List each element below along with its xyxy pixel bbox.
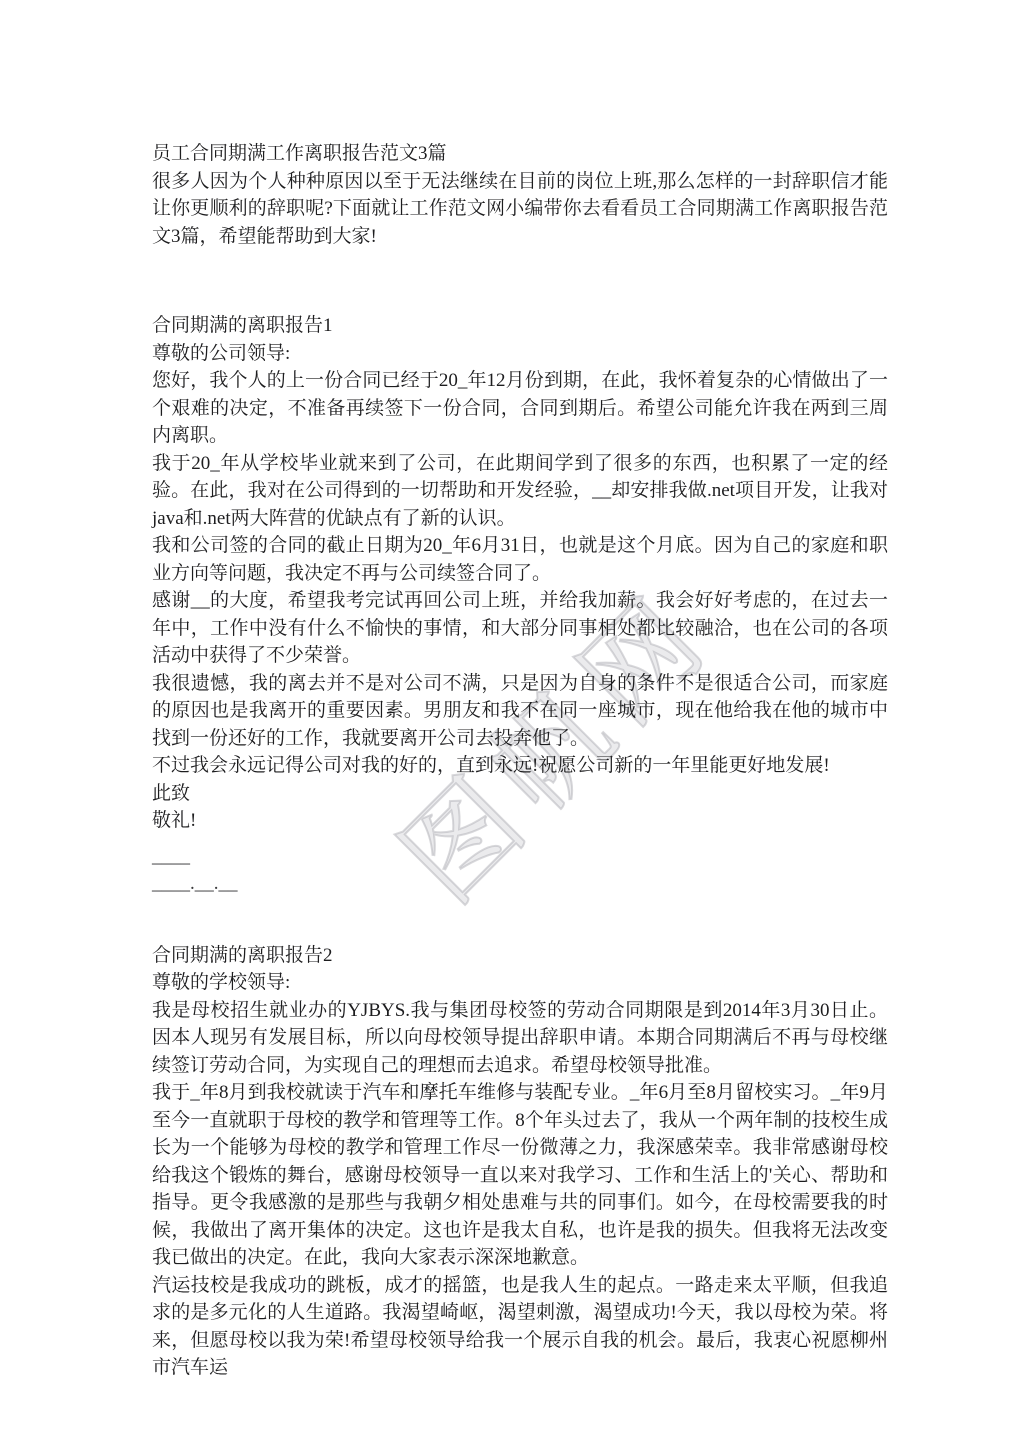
intro-paragraph: 很多人因为个人种种原因以至于无法继续在目前的岗位上班,那么怎样的一封辞职信才能让…: [152, 168, 888, 251]
section-1-heading: 合同期满的离职报告1: [152, 312, 888, 340]
closing-respectfully: 此致: [152, 780, 888, 808]
section-1-paragraph-4: 感谢__的大度，希望我考完试再回公司上班，并给我加薪。我会好好考虑的，在过去一年…: [152, 587, 888, 670]
document-page: 图帆网 员工合同期满工作离职报告范文3篇 很多人因为个人种种原因以至于无法继续在…: [0, 0, 1024, 1448]
section-1-paragraph-5: 我很遗憾，我的离去并不是对公司不满，只是因为自身的条件不是很适合公司，而家庭的原…: [152, 670, 888, 753]
section-gap: [152, 898, 888, 942]
section-1-paragraph-3: 我和公司签的合同的截止日期为20_年6月31日，也就是这个月底。因为自己的家庭和…: [152, 532, 888, 587]
section-1-paragraph-1: 您好，我个人的上一份合同已经于20_年12月份到期，在此，我怀着复杂的心情做出了…: [152, 367, 888, 450]
closing-salute: 敬礼!: [152, 807, 888, 835]
section-2-salutation: 尊敬的学校领导:: [152, 969, 888, 997]
section-1-paragraph-2: 我于20_年从学校毕业就来到了公司，在此期间学到了很多的东西，也积累了一定的经验…: [152, 450, 888, 533]
section-2-paragraph-1: 我是母校招生就业办的YJBYS.我与集团母校签的劳动合同期限是到2014年3月3…: [152, 997, 888, 1080]
document-content: 员工合同期满工作离职报告范文3篇 很多人因为个人种种原因以至于无法继续在目前的岗…: [152, 140, 888, 1382]
section-2-paragraph-2: 我于_年8月到我校就读于汽车和摩托车维修与装配专业。_年6月至8月留校实习。_年…: [152, 1079, 888, 1272]
section-gap: [152, 250, 888, 312]
signature-date-placeholder: ____.__.__: [152, 870, 888, 898]
section-2-heading: 合同期满的离职报告2: [152, 942, 888, 970]
section-1-salutation: 尊敬的公司领导:: [152, 340, 888, 368]
section-2-paragraph-3: 汽运技校是我成功的跳板，成才的摇篮，也是我人生的起点。一路走来太平顺，但我追求的…: [152, 1272, 888, 1382]
signature-name-placeholder: ____: [152, 843, 888, 871]
section-1-paragraph-6: 不过我会永远记得公司对我的好的，直到永远!祝愿公司新的一年里能更好地发展!: [152, 752, 888, 780]
document-title: 员工合同期满工作离职报告范文3篇: [152, 140, 888, 168]
